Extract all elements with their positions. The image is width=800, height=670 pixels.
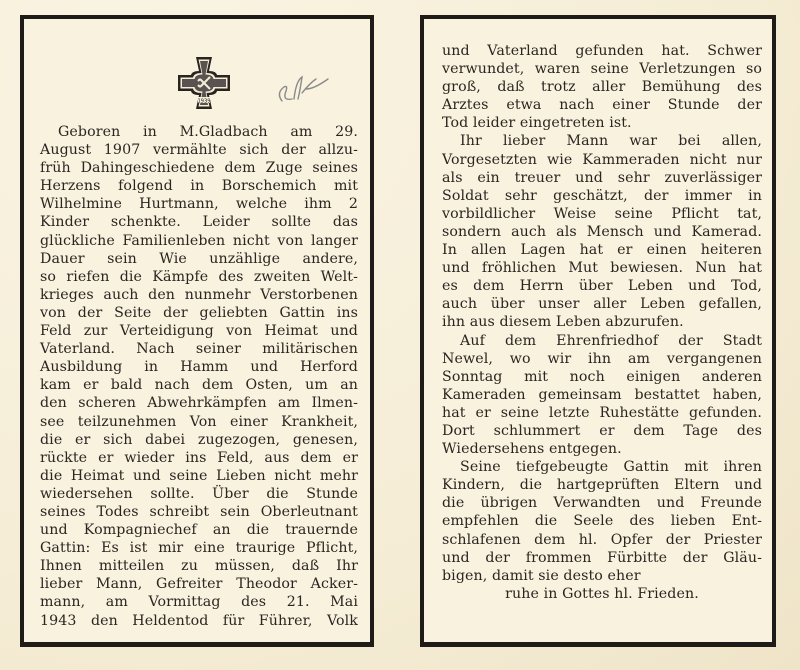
closing-line: ruhe in Gottes hl. Frieden. bbox=[442, 585, 762, 603]
text-line: Wiedersehens entgegen. bbox=[442, 440, 762, 458]
text-line: so riefen die Kämpfe des zweiten Welt- bbox=[40, 268, 358, 286]
text-line: von der Seite der geliebten Gattin ins bbox=[40, 304, 358, 322]
text-line: Vaterland. Nach seiner militärischen bbox=[40, 340, 358, 358]
text-line: Ausbildung in Hamm und Herford bbox=[40, 358, 358, 376]
text-line: die Heimat und seine Lieben nicht mehr bbox=[40, 467, 358, 485]
text-line: Geboren in M.Gladbach am 29. bbox=[40, 123, 358, 141]
text-line: schlafenen dem hl. Opfer der Priester bbox=[442, 531, 762, 549]
text-line: mann, am Vormittag des 21. Mai bbox=[40, 593, 358, 611]
text-line: Ihr lieber Mann war bei allen, bbox=[442, 132, 762, 150]
text-line: lieber Mann, Gefreiter Theodor Acker- bbox=[40, 575, 358, 593]
iron-cross-icon: 1939 bbox=[176, 55, 232, 111]
text-line: wiedersehen sollte. Über die Stunde bbox=[40, 485, 358, 503]
text-line: Ihnen mitteilen zu müssen, daß Ihr bbox=[40, 557, 358, 575]
text-line: den scheren Abwehrkämpfen am Ilmen- bbox=[40, 394, 358, 412]
text-line: Dort schlummert er dem Tage des bbox=[442, 422, 762, 440]
text-line: Wilhelmine Hurtmann, welche ihm 2 bbox=[40, 195, 358, 213]
text-line: als ein treuer und sehr zuverlässiger bbox=[442, 169, 762, 187]
text-line: empfehlen die Seele des lieben Ent- bbox=[442, 512, 762, 530]
text-line: Herzens folgend in Borschemich mit bbox=[40, 177, 358, 195]
text-line: In allen Lagen hat er einen heiteren bbox=[442, 241, 762, 259]
text-line: Arztes etwa nach einer Stunde der bbox=[442, 96, 762, 114]
text-line: Kameraden gemeinsam bestattet haben, bbox=[442, 386, 762, 404]
text-line: seines Todes schreibt sein Oberleutnant bbox=[40, 503, 358, 521]
text-line: kam er bald nach dem Osten, um an bbox=[40, 376, 358, 394]
text-line: sondern auch als Mensch und Kamerad. bbox=[442, 223, 762, 241]
text-line: Kinder schenkte. Leider sollte das bbox=[40, 213, 358, 231]
text-line: rückte er wieder ins Feld, aus dem er bbox=[40, 449, 358, 467]
text-line: vorbildlicher Weise seine Pflicht tat, bbox=[442, 205, 762, 223]
text-line: und der frommen Fürbitte der Gläu- bbox=[442, 549, 762, 567]
text-line: Auf dem Ehrenfriedhof der Stadt bbox=[442, 332, 762, 350]
text-line: Seine tiefgebeugte Gattin mit ihren bbox=[442, 458, 762, 476]
text-line: hat er seine letzte Ruhestätte gefunden. bbox=[442, 404, 762, 422]
text-line: es dem Herrn über Leben und Tod, bbox=[442, 277, 762, 295]
text-line: see teilzunehmen Von einer Krankheit, bbox=[40, 413, 358, 431]
text-line: August 1907 vermählte sich der allzu- bbox=[40, 141, 358, 159]
text-line: 1943 den Heldentod für Führer, Volk bbox=[40, 612, 358, 630]
text-line: Newel, wo wir ihn am vergangenen bbox=[442, 350, 762, 368]
text-line: bigen, damit sie desto eher bbox=[442, 567, 762, 585]
text-line: früh Dahingeschiedene dem Zuge seines bbox=[40, 159, 358, 177]
text-line: Sonntag mit noch einigen anderen bbox=[442, 368, 762, 386]
text-line: Vorgesetzten wie Kammeraden nicht nur bbox=[442, 151, 762, 169]
text-line: und Vaterland gefunden hat. Schwer bbox=[442, 42, 762, 60]
svg-text:1939: 1939 bbox=[197, 98, 210, 104]
text-line: Gattin: Es ist mir eine traurige Pflicht… bbox=[40, 539, 358, 557]
text-line: groß, daß trotz aller Bemühung des bbox=[442, 78, 762, 96]
left-column-text: Geboren in M.Gladbach am 29. August 1907… bbox=[40, 123, 358, 630]
left-card-panel: 1939 Geboren in M.Gladbach am 29. August… bbox=[20, 15, 374, 647]
text-line: die übrigen Verwandten und Freunde bbox=[442, 494, 762, 512]
text-line: die er sich dabei zugezogen, genesen, bbox=[40, 431, 358, 449]
handwritten-pencil-mark bbox=[272, 71, 342, 111]
text-line: Dauer sein Wie unzählige andere, bbox=[40, 250, 358, 268]
text-line: verwundet, waren seine Verletzungen so bbox=[442, 60, 762, 78]
text-line: Tod leider eingetreten ist. bbox=[442, 114, 762, 132]
text-line: Feld zur Verteidigung von Heimat und bbox=[40, 322, 358, 340]
text-line: Kindern, die hartgeprüften Eltern und bbox=[442, 476, 762, 494]
right-column-text: und Vaterland gefunden hat. Schwer verwu… bbox=[442, 42, 762, 603]
text-line: glückliche Familienleben nicht von lange… bbox=[40, 232, 358, 250]
text-line: und fröhlichen Mut bewiesen. Nun hat bbox=[442, 259, 762, 277]
text-line: krieges auch den nunmehr Verstorbenen bbox=[40, 286, 358, 304]
right-card-panel: und Vaterland gefunden hat. Schwer verwu… bbox=[420, 15, 776, 647]
text-line: ihn aus diesem Leben abzurufen. bbox=[442, 313, 762, 331]
text-line: und Kompagniechef an die trauernde bbox=[40, 521, 358, 539]
text-line: auch über unser aller Leben gefallen, bbox=[442, 295, 762, 313]
text-line: Soldat sehr geschätzt, der immer in bbox=[442, 187, 762, 205]
